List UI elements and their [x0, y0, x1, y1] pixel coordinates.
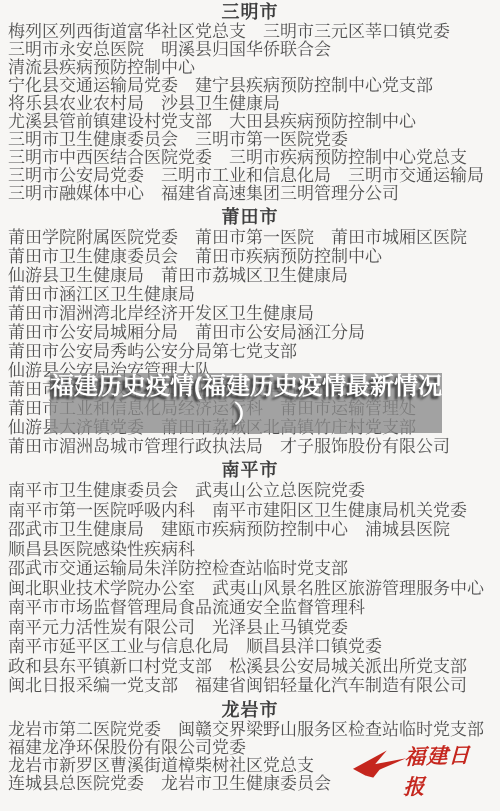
org-line: 莆田市湄洲岛城市管理行政执法局 才子服饰股份有限公司: [8, 437, 492, 456]
org-line: 三明市公安局党委 三明市工业和信息化局 三明市交通运输局: [8, 167, 492, 185]
org-line: 南平元力活性炭有限公司 光泽县止马镇党委: [8, 618, 492, 638]
org-line: 南平市市场监督管理局食品流通安全监督管理科: [8, 598, 492, 618]
logo-text: 福建日报: [403, 739, 485, 802]
watermark-title-band: 福建历史疫情(福建历史疫情最新情况 ）: [50, 373, 442, 433]
org-line: 南平市卫生健康委员会 武夷山公立总医院党委: [8, 481, 492, 501]
org-line: 三明市卫生健康委员会 三明市第一医院党委: [8, 131, 492, 149]
city-header: 南平市: [8, 459, 492, 481]
city-header: 龙岩市: [8, 699, 492, 721]
org-line: 三明市永安总医院 明溪县归国华侨联合会: [8, 41, 492, 59]
org-list: 南平市卫生健康委员会 武夷山公立总医院党委南平市第一医院呼吸内科 南平市建阳区卫…: [8, 481, 492, 696]
org-line: 顺昌县医院感染性疾病科: [8, 540, 492, 560]
org-line: 龙岩市第二医院党委 闽赣交界梁野山服务区检查站临时党支部: [8, 721, 492, 739]
org-line: 莆田市公安局城厢分局 莆田市公安局涵江分局: [8, 323, 492, 342]
org-line: 莆田市公安局秀屿公安分局第七党支部: [8, 342, 492, 361]
org-line: 邵武市卫生健康局 建瓯市疾病预防控制中心 浦城县医院: [8, 520, 492, 540]
city-header: 莆田市: [8, 206, 492, 228]
org-line: 莆田学院附属医院党委 莆田市第一医院 莆田市城厢区医院: [8, 228, 492, 247]
watermark-title-line1: 福建历史疫情(福建历史疫情最新情况: [50, 373, 442, 401]
section-sanming: 三明市 梅列区列西街道富华社区党总支 三明市三元区莘口镇党委三明市永安总医院 明…: [8, 1, 492, 203]
org-line: 三明市融媒体中心 福建省高速集团三明管理分公司: [8, 185, 492, 203]
org-line: 仙游县卫生健康局 莆田市荔城区卫生健康局: [8, 266, 492, 285]
org-line: 尤溪县管前镇建设村党支部 大田县疾病预防控制中心: [8, 113, 492, 131]
org-line: 闽北日报采编一党支部 福建省闽铝轻量化汽车制造有限公司: [8, 676, 492, 696]
section-nanping: 南平市 南平市卫生健康委员会 武夷山公立总医院党委南平市第一医院呼吸内科 南平市…: [8, 459, 492, 696]
article-list-image: 三明市 梅列区列西街道富华社区党总支 三明市三元区莘口镇党委三明市永安总医院 明…: [0, 0, 500, 811]
fujian-daily-logo: 福建日报: [352, 742, 484, 798]
org-line: 邵武市交通运输局朱洋防控检查站临时党支部: [8, 559, 492, 579]
org-line: 南平市延平区工业与信息化局 顺昌县洋口镇党委: [8, 637, 492, 657]
flag-swoosh-icon: [352, 749, 410, 783]
org-line: 闽北职业技术学院办公室 武夷山风景名胜区旅游管理服务中心: [8, 579, 492, 599]
org-line: 政和县东平镇新口村党支部 松溪县公安局城关派出所党支部: [8, 657, 492, 677]
org-line: 宁化县交通运输局党委 建宁县疾病预防控制中心党支部: [8, 77, 492, 95]
org-line: 清流县疾病预防控制中心: [8, 59, 492, 77]
city-header: 三明市: [8, 1, 492, 23]
org-line: 莆田市涵江区卫生健康局: [8, 285, 492, 304]
watermark-title-line2: ）: [50, 401, 442, 429]
org-list: 梅列区列西街道富华社区党总支 三明市三元区莘口镇党委三明市永安总医院 明溪县归国…: [8, 23, 492, 203]
org-line: 三明市中西医结合医院党委 三明市疾病预防控制中心党总支: [8, 149, 492, 167]
org-line: 梅列区列西街道富华社区党总支 三明市三元区莘口镇党委: [8, 23, 492, 41]
org-line: 南平市第一医院呼吸内科 南平市建阳区卫生健康局机关党委: [8, 501, 492, 521]
org-line: 将乐县农业农村局 沙县卫生健康局: [8, 95, 492, 113]
org-line: 莆田市卫生健康委员会 莆田市疾病预防控制中心: [8, 247, 492, 266]
org-line: 莆田市湄洲湾北岸经济开发区卫生健康局: [8, 304, 492, 323]
